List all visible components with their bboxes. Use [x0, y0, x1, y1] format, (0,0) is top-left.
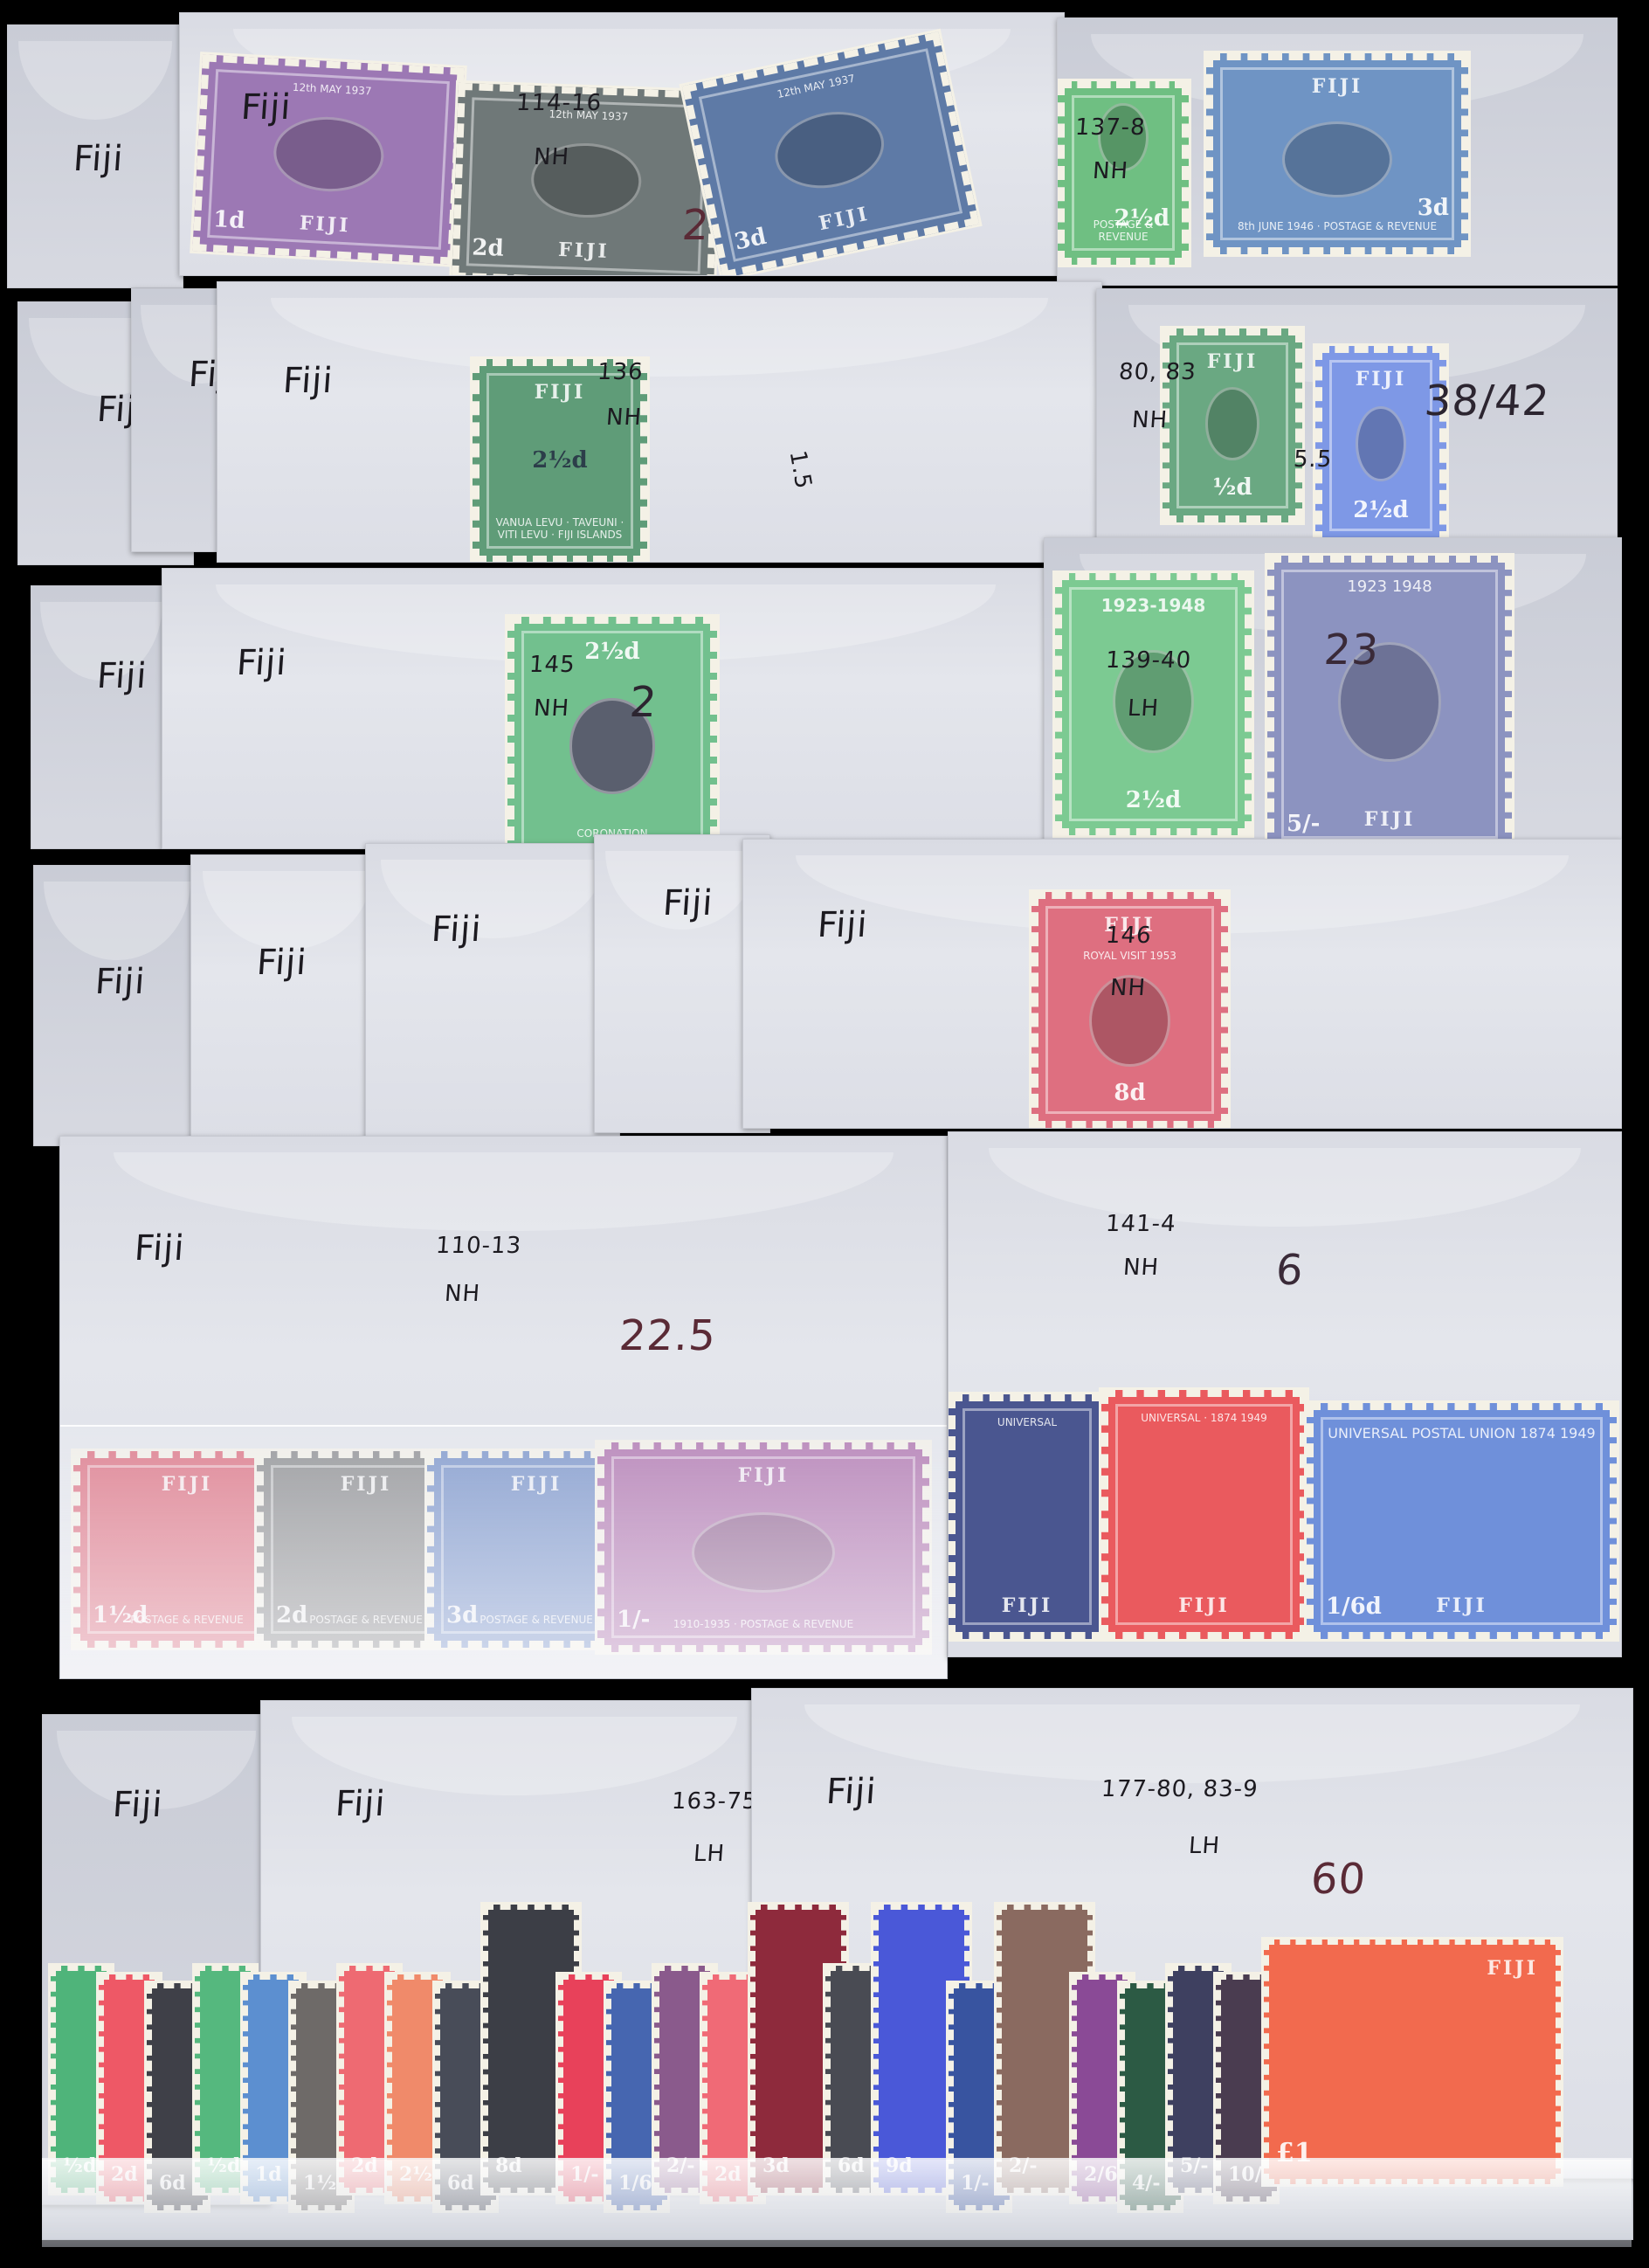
catalogue-number-note: 163-75: [671, 1788, 758, 1815]
stamp-caption: ROYAL VISIT 1953: [1083, 950, 1176, 962]
stamp-value: 5/-: [1287, 811, 1320, 837]
stamp: UNIVERSAL · 1874 1949FIJI: [1101, 1390, 1307, 1639]
catalogue-number-note: 145: [528, 652, 576, 678]
handwritten-label: Fiji: [72, 139, 125, 179]
catalogue-number-note: 136: [597, 359, 645, 385]
stamp-country: FIJI: [1312, 75, 1363, 98]
stamp-portrait: [1356, 406, 1406, 481]
handwritten-label: Fiji: [93, 962, 147, 1002]
stamp-caption: 1923-1948: [1101, 595, 1206, 616]
catalogue-number-note: 146: [1105, 923, 1153, 949]
condition-note: NH: [1122, 1255, 1160, 1281]
handwritten-label: Fiji: [239, 87, 293, 128]
glassine-envelope: 141-4 NH 6 UNIVERSALFIJI UNIVERSAL · 187…: [948, 1131, 1622, 1657]
stamp-caption: 1923 1948: [1347, 577, 1432, 596]
stamp-country: FIJI: [535, 381, 586, 404]
catalogue-number-note: 114-16: [515, 90, 603, 116]
stamp-value: 2½d: [584, 639, 639, 665]
catalogue-number-note: 141-4: [1105, 1211, 1177, 1237]
stock-card-sleeve: [60, 1425, 947, 1679]
price-note: 22.5: [618, 1311, 718, 1360]
stamp-country: FIJI: [1178, 1594, 1230, 1617]
stamp-country: FIJI: [1487, 1957, 1538, 1980]
price-note: 5.5: [1293, 446, 1333, 473]
stamp-value: 2d: [472, 234, 504, 261]
glassine-envelope: FIJIROYAL VISIT 19538d Fiji 146 NH: [742, 839, 1622, 1129]
stamp: FIJI8th JUNE 1946 · POSTAGE & REVENUE 3d: [1206, 53, 1468, 254]
stamp-caption: UNIVERSAL · 1874 1949: [1141, 1412, 1267, 1424]
stock-card-sleeve: [42, 2158, 1632, 2247]
condition-note: LH: [693, 1841, 726, 1867]
catalogue-number-note: 80, 83: [1118, 359, 1197, 385]
stamp-caption: 8th JUNE 1946 · POSTAGE & REVENUE: [1238, 220, 1437, 232]
stamp-country: FIJI: [299, 211, 351, 237]
stamp-caption: 12th MAY 1937: [776, 72, 856, 100]
glassine-envelope: Fiji: [31, 585, 172, 849]
catalogue-number-note: 177-80, 83-9: [1100, 1776, 1259, 1802]
stamp-country: FIJI: [558, 239, 610, 263]
glassine-envelope: POSTAGE & REVENUE 2½d FIJI8th JUNE 1946 …: [1057, 17, 1618, 286]
handwritten-label: Fiji: [255, 943, 308, 983]
glassine-envelope: Fiji 110-13 NH 22.5 FIJIPOSTAGE & REVENU…: [59, 1136, 948, 1679]
stamp-value: 8d: [1114, 1080, 1145, 1106]
condition-note: NH: [605, 405, 643, 431]
stamp-country: FIJI: [1207, 350, 1259, 373]
price-note: 2: [680, 201, 711, 250]
stamp-country: FIJI: [1364, 808, 1416, 831]
stamp-caption: UNIVERSAL: [997, 1416, 1057, 1428]
glassine-envelope: FIJI½d FIJI2½d 80, 83 NH 5.5 38/42: [1096, 288, 1618, 552]
stamp-value: 3d: [1418, 195, 1449, 221]
condition-note: LH: [1188, 1833, 1221, 1859]
stamp-value: 1/6d: [1326, 1594, 1382, 1620]
handwritten-label: Fiji: [133, 1228, 186, 1269]
condition-note: NH: [1092, 158, 1129, 184]
handwritten-label: Fiji: [824, 1772, 878, 1812]
handwritten-label: Fiji: [281, 361, 335, 401]
stamp-country: FIJI: [1002, 1594, 1053, 1617]
stamp-value: 2½d: [532, 447, 587, 474]
stamp: UNIVERSALFIJI: [949, 1394, 1106, 1639]
stamp-portrait: [768, 102, 891, 197]
price-note: 1.5: [784, 449, 817, 492]
handwritten-label: Fiji: [661, 883, 714, 923]
handwritten-label: Fiji: [816, 905, 869, 945]
glassine-envelope: 1923-19482½d 1923 1948FIJI 5/- 139-40 LH…: [1044, 537, 1622, 849]
stamp: 12th MAY 1937FIJI 3d: [682, 31, 979, 276]
catalogue-number-note: 139-40: [1105, 647, 1192, 674]
stamp-value: 2½d: [1353, 497, 1408, 523]
catalogue-number-note: 110-13: [435, 1233, 522, 1259]
glassine-envelope: Fiji: [190, 854, 384, 1144]
stamp: UNIVERSAL POSTAL UNION 1874 1949FIJI 1/6…: [1307, 1403, 1617, 1639]
stamp-portrait: [1282, 121, 1393, 197]
stamp: 1923 1948FIJI 5/-: [1267, 556, 1512, 849]
handwritten-label: Fiji: [95, 656, 148, 696]
glassine-envelope: 2½dCORONATION Fiji 145 NH 2: [162, 568, 1050, 849]
stamp-caption: UNIVERSAL POSTAL UNION 1874 1949: [1328, 1425, 1595, 1442]
glassine-envelope: Fiji: [365, 843, 620, 1142]
stamp-value: 1d: [212, 206, 245, 234]
stamp-value: 2½d: [1114, 205, 1169, 232]
stamp-country: FIJI: [1436, 1594, 1487, 1617]
condition-note: LH: [1127, 695, 1160, 722]
handwritten-label: Fiji: [235, 643, 288, 683]
glassine-envelope: 12th MAY 1937FIJI 1d 12th MAY 1937FIJI 2…: [179, 12, 1065, 276]
condition-note: NH: [444, 1281, 481, 1307]
handwritten-label: Fiji: [111, 1785, 164, 1825]
glassine-envelope: Fiji: [33, 865, 201, 1146]
stamp-country: FIJI: [817, 203, 872, 236]
stamp-country: FIJI: [1356, 368, 1407, 391]
price-note: 6: [1274, 1246, 1305, 1295]
catalogue-number-note: 137-8: [1074, 114, 1147, 141]
stamp: £1FIJI: [1264, 1940, 1561, 2184]
stamp-caption: VANUA LEVU · TAVEUNI · VITI LEVU · FIJI …: [489, 516, 631, 541]
condition-note: NH: [1131, 407, 1169, 433]
glassine-envelope: Fiji: [7, 24, 183, 288]
price-note: 60: [1309, 1855, 1368, 1904]
handwritten-label: Fiji: [334, 1784, 387, 1824]
price-note: 38/42: [1423, 377, 1551, 425]
stamp: 12th MAY 1937FIJI 1d: [192, 54, 464, 264]
condition-note: NH: [533, 144, 570, 170]
condition-note: NH: [533, 695, 570, 722]
glassine-envelope: FIJI2½dVANUA LEVU · TAVEUNI · VITI LEVU …: [217, 281, 1102, 563]
stamp-caption: 12th MAY 1937: [293, 81, 372, 98]
stamp-portrait: [1205, 387, 1259, 460]
handwritten-label: Fiji: [430, 909, 483, 950]
condition-note: NH: [1109, 975, 1147, 1001]
stamp-value: 2½d: [1126, 787, 1181, 813]
stamp: FIJI½d: [1163, 328, 1302, 522]
price-note: 23: [1322, 626, 1381, 674]
price-note: 2: [628, 678, 659, 727]
stamp: FIJI2½dVANUA LEVU · TAVEUNI · VITI LEVU …: [473, 359, 647, 563]
stamp-value: ½d: [1212, 474, 1252, 501]
